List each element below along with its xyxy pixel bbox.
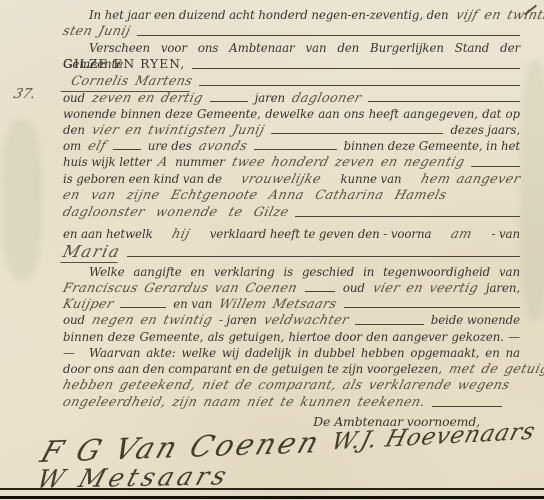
- fill-rule: [199, 85, 520, 86]
- handwritten-with-witnesses: met de getuigen: [447, 362, 544, 378]
- handwritten-day: vijf en twintig.: [454, 8, 544, 24]
- printed-om: om: [63, 138, 81, 154]
- fill-rule: [127, 256, 520, 257]
- line-witness-intro: Welke aangifte en verklaring is geschied…: [63, 264, 520, 280]
- handwritten-daypart: avonds: [197, 139, 249, 155]
- printed-jaren-w1: jaren,: [486, 280, 520, 296]
- line-witness2: Kuijper en van Willem Metsaars: [63, 296, 520, 312]
- printed-nummer: nummer: [175, 154, 225, 170]
- fill-rule: [344, 307, 520, 308]
- line-residing: wonende binnen deze Gemeente, dewelke aa…: [63, 106, 520, 122]
- handwritten-age: zeven en dertig: [90, 91, 205, 107]
- printed-oud-w1: oud: [343, 280, 365, 296]
- fill-rule: [432, 406, 502, 407]
- printed-ure-des: ure des: [148, 138, 192, 154]
- printed-oud-w2: oud: [63, 312, 85, 328]
- printed-within-municipality: binnen deze Gemeente, in het: [344, 138, 520, 154]
- handwritten-witness1-occupation: Kuijper: [61, 297, 115, 313]
- handwritten-witness1-name: Franciscus Gerardus van Coenen: [61, 281, 299, 297]
- line-waarvan-akte: Waarvan akte: welke wij dadelijk in dubb…: [63, 345, 520, 361]
- printed-jaren: jaren: [255, 90, 285, 106]
- act-text: In het jaar een duizend acht honderd neg…: [63, 7, 520, 430]
- line-child-name: Maria: [63, 242, 520, 261]
- dash-rule: [120, 307, 166, 308]
- line-cannot-sign: ongeleerdheid, zijn naam niet te kunnen …: [63, 394, 520, 411]
- handwritten-month: sten Junij: [61, 23, 133, 40]
- handwritten-signed-clause: hebben geteekend, niet de comparant, als…: [61, 377, 512, 394]
- dash-rule: [113, 149, 141, 150]
- printed-naming-b: verklaard heeft te geven den - voorna: [210, 226, 432, 242]
- line-birth-hour: om elf ure des avonds binnen deze Gemeen…: [63, 138, 520, 154]
- fill-rule: [368, 101, 520, 102]
- fill-rule: [271, 133, 444, 134]
- handwritten-birthdate: vier en twintigsten Junij: [90, 123, 266, 139]
- line-house-number: huis wijk letter A nummer twee honderd z…: [63, 154, 520, 170]
- line-naming: en aan hetwelk hij verklaard heeft te ge…: [63, 226, 520, 242]
- fill-rule: [355, 324, 424, 325]
- printed-waarvan-akte: Waarvan akte: welke wij dadelijk in dubb…: [89, 346, 520, 360]
- line-appeared: Verscheen voor ons Ambtenaar van den Bur…: [63, 40, 520, 56]
- handwritten-witness2-name: Willem Metsaars: [217, 297, 338, 313]
- handwritten-declarant-name: Cornelis Martens: [61, 73, 195, 92]
- line-year: In het jaar een duizend acht honderd neg…: [63, 7, 520, 23]
- printed-huis-wijk: huis wijk letter: [63, 154, 151, 170]
- printed-naming-a: en aan hetwelk: [63, 226, 153, 242]
- bottom-border-rule: [0, 488, 544, 499]
- municipality-name: GILZE EN RYEN,: [63, 56, 185, 72]
- printed-witness-intro: Welke aangifte en verklaring is geschied…: [89, 265, 520, 279]
- handwritten-mother-name: en van zijne Echtgenoote Anna Catharina …: [61, 187, 449, 204]
- printed-born-child: is geboren een kind van de: [63, 171, 222, 187]
- printed-den: den: [63, 122, 85, 138]
- birth-record-scan: 37. In het jaar een duizend acht honderd…: [0, 0, 544, 500]
- handwritten-hour: elf: [86, 139, 108, 155]
- handwritten-cannot-sign: ongeleerdheid, zijn naam niet te kunnen …: [61, 394, 427, 411]
- printed-jaren-w2: - jaren: [219, 312, 257, 328]
- fill-rule: [137, 35, 520, 36]
- fill-rule: [295, 216, 520, 217]
- handwritten-sex: vrouwelijke: [239, 172, 323, 188]
- line-birthdate: den vier en twintigsten Junij dezes jaar…: [63, 122, 520, 138]
- handwritten-witness2-occupation: veldwachter: [262, 313, 350, 329]
- printed-residing-text: wonende binnen deze Gemeente, dewelke aa…: [63, 107, 520, 121]
- dash-rule: [254, 149, 337, 150]
- line-signed-clause: hebben geteekend, niet de comparant, als…: [63, 377, 520, 394]
- handwritten-child-name: Maria: [60, 242, 122, 263]
- handwritten-occupation: daglooner: [290, 91, 363, 107]
- dash-rule: [305, 291, 335, 292]
- handwritten-house-number: twee honderd zeven en negentig: [230, 155, 466, 171]
- handwritten-of-declarant: hem aangever: [419, 172, 522, 188]
- line-child-sex: is geboren een kind van de vrouwelijke k…: [63, 171, 520, 187]
- act-number: 37.: [12, 86, 38, 102]
- line-declarant-name: Cornelis Martens: [63, 73, 520, 90]
- line-witness2-age: oud negen en twintig - jaren veldwachter…: [63, 312, 520, 328]
- line-witnesses-chosen: binnen deze Gemeente, als getuigen, hier…: [63, 329, 520, 345]
- printed-dezes-jaars: dezes jaars,: [450, 122, 520, 138]
- line-witness1: Franciscus Gerardus van Coenen oud vier …: [63, 280, 520, 296]
- fill-rule: [471, 166, 520, 167]
- show-through-smudge: [2, 120, 42, 280]
- line-age-occupation: oud zeven en dertig jaren daglooner: [63, 90, 520, 106]
- printed-beide-wonende: beide wonende: [431, 312, 520, 328]
- fill-rule: [192, 68, 520, 69]
- printed-en-van: en van: [173, 296, 212, 312]
- handwritten-witness1-age: vier en veertig: [371, 281, 480, 297]
- handwritten-mother-occupation: dagloonster wonende te Gilze: [61, 204, 291, 221]
- printed-naming-c: - van: [491, 226, 520, 242]
- line-municipality: GILZE EN RYEN,: [63, 56, 520, 72]
- line-mother-name: en van zijne Echtgenoote Anna Catharina …: [63, 187, 520, 204]
- show-through-smudge: [520, 60, 544, 320]
- printed-kunne-van: kunne van: [340, 171, 401, 187]
- handwritten-wijk-letter: A: [156, 155, 170, 171]
- line-read-aloud: door ons aan den comparant en de getuige…: [63, 361, 520, 377]
- line-mother-occupation: dagloonster wonende te Gilze: [63, 204, 520, 221]
- line-month: sten Junij: [63, 23, 520, 40]
- printed-read-aloud: door ons aan den comparant en de getuige…: [63, 361, 442, 377]
- handwritten-am: am: [449, 227, 474, 243]
- handwritten-hij: hij: [170, 227, 192, 243]
- printed-year-text: In het jaar een duizend acht honderd neg…: [89, 7, 449, 23]
- dash-rule: [210, 101, 248, 102]
- handwritten-witness2-age: negen en twintig: [90, 313, 214, 329]
